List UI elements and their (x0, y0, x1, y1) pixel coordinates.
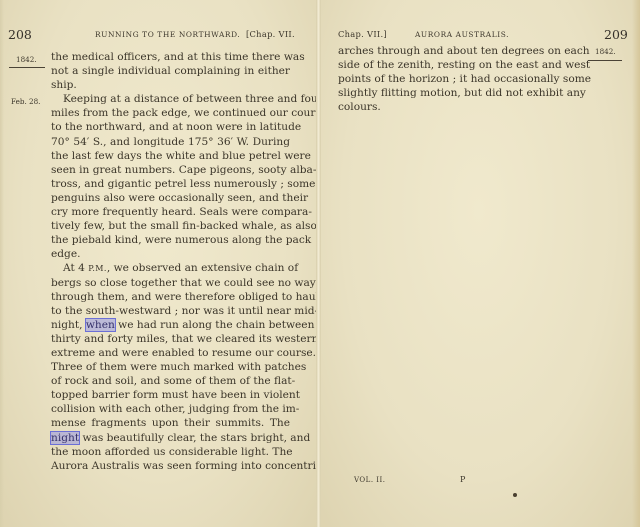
margin-year: 1842. (595, 47, 616, 56)
text-line: Aurora Australis was seen forming into c… (51, 459, 290, 473)
text-line: through them, and were therefore obliged… (51, 290, 290, 304)
page-number: 209 (604, 27, 628, 42)
text-line: miles from the pack edge, we continued o… (51, 106, 290, 120)
text-line: arches through and about ten degrees on … (338, 44, 578, 58)
text-line: of rock and soil, and some of them of th… (51, 374, 290, 388)
text-line: the medical officers, and at this time t… (51, 50, 290, 64)
text-line: At 4 P.M., we observed an extensive chai… (51, 261, 290, 275)
page-edge-shadow (632, 0, 640, 527)
body-text: arches through and about ten degrees on … (338, 44, 578, 114)
left-page: 208 RUNNING TO THE NORTHWARD. [Chap. VII… (0, 0, 318, 527)
margin-rule (9, 67, 45, 68)
text-line: not a single individual complaining in e… (51, 64, 290, 78)
page-number: 208 (8, 27, 32, 42)
chapter-reference: [Chap. VII. (246, 29, 295, 39)
text-line: edge. (51, 247, 290, 261)
text-line: Keeping at a distance of between three a… (51, 92, 290, 106)
text-line: to the south-westward ; nor was it until… (51, 304, 290, 318)
text-line: extreme and were enabled to resume our c… (51, 346, 290, 360)
text-line: seen in great numbers. Cape pigeons, soo… (51, 163, 290, 177)
time-abbrev: P.M. (88, 264, 107, 273)
text-line: cry more frequently heard. Seals were co… (51, 205, 290, 219)
footer-volume: VOL. II. (354, 476, 386, 484)
running-head: AURORA AUSTRALIS. (415, 30, 509, 39)
text-line: Three of them were much marked with patc… (51, 360, 290, 374)
ink-speck (513, 493, 517, 497)
margin-rule (588, 60, 622, 61)
text-line: bergs so close together that we could se… (51, 276, 290, 290)
book-gutter (316, 0, 321, 527)
text-line: the last few days the white and blue pet… (51, 149, 290, 163)
search-highlight-when[interactable]: when (86, 319, 115, 331)
text-line: night, when we had run along the chain b… (51, 318, 290, 332)
text-line: 70° 54′ S., and longitude 175° 36′ W. Du… (51, 135, 290, 149)
text-line: the moon afforded us considerable light.… (51, 445, 290, 459)
text-line: tively few, but the small fin-backed wha… (51, 219, 290, 233)
book-spread: 208 RUNNING TO THE NORTHWARD. [Chap. VII… (0, 0, 640, 527)
margin-date: Feb. 28. (11, 97, 40, 106)
text-line: the piebald kind, were numerous along th… (51, 233, 290, 247)
right-page: Chap. VII.] AURORA AUSTRALIS. 209 arches… (318, 0, 640, 527)
text-line: slightly flitting motion, but did not ex… (338, 86, 578, 100)
text-line: collision with each other, judging from … (51, 402, 290, 416)
page-edge-shadow (0, 0, 4, 527)
text-line: penguins also were occasionally seen, an… (51, 191, 290, 205)
chapter-reference: Chap. VII.] (338, 29, 387, 39)
body-text: the medical officers, and at this time t… (51, 50, 290, 473)
text-line: points of the horizon ; it had occasiona… (338, 72, 578, 86)
search-highlight-night[interactable]: night (51, 432, 79, 444)
running-head: RUNNING TO THE NORTHWARD. (95, 30, 240, 39)
text-line: tross, and gigantic petrel less numerous… (51, 177, 290, 191)
text-line: ship. (51, 78, 290, 92)
footer-signature: P (460, 475, 466, 484)
text-line: thirty and forty miles, that we cleared … (51, 332, 290, 346)
text-line: to the northward, and at noon were in la… (51, 120, 290, 134)
text-line: night was beautifully clear, the stars b… (51, 431, 290, 445)
margin-year: 1842. (16, 55, 37, 64)
text-line: colours. (338, 100, 578, 114)
text-line: mense fragments upon their summits. The (51, 416, 290, 430)
text-line: topped barrier form must have been in vi… (51, 388, 290, 402)
text-line: side of the zenith, resting on the east … (338, 58, 578, 72)
